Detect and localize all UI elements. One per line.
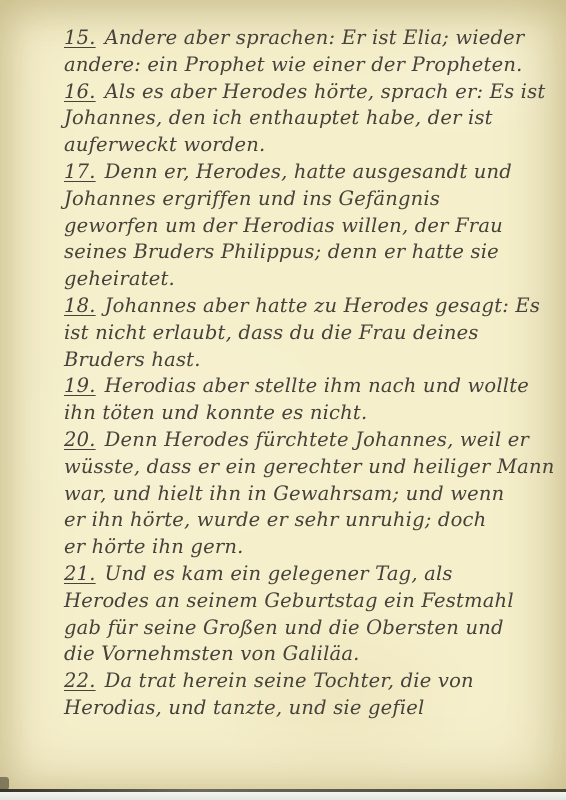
background-below-paper — [0, 792, 566, 800]
line-text: Herodias aber stellte ihm nach und wollt… — [105, 374, 529, 397]
line-text: die Vornehmsten von Galiläa. — [64, 642, 360, 665]
line-text: Denn Herodes fürchtete Johannes, weil er — [105, 428, 529, 451]
line-text: seines Bruders Philippus; denn er hatte … — [64, 240, 499, 263]
text-line: die Vornehmsten von Galiläa. — [64, 641, 544, 668]
text-line: 21.Und es kam ein gelegener Tag, als — [64, 561, 544, 588]
paper-sheet: 15.Andere aber sprachen: Er ist Elia; wi… — [0, 0, 566, 790]
text-line: Herodes an seinem Geburtstag ein Festmah… — [64, 588, 544, 615]
line-text: er hörte ihn gern. — [64, 535, 244, 558]
text-line: ihn töten und konnte es nicht. — [64, 400, 544, 427]
line-text: er ihn hörte, wurde er sehr unruhig; doc… — [64, 508, 486, 531]
line-text: Herodias, und tanzte, und sie gefiel — [64, 696, 424, 719]
line-text: Johannes ergriffen und ins Gefängnis — [64, 187, 440, 210]
line-text: geheiratet. — [64, 267, 175, 290]
line-text: Bruders hast. — [64, 348, 201, 371]
line-text: wüsste, dass er ein gerechter und heilig… — [64, 455, 554, 478]
text-line: war, und hielt ihn in Gewahrsam; und wen… — [64, 481, 544, 508]
line-text: war, und hielt ihn in Gewahrsam; und wen… — [64, 482, 504, 505]
text-line: gab für seine Großen und die Obersten un… — [64, 615, 544, 642]
photographed-page: 15.Andere aber sprachen: Er ist Elia; wi… — [0, 0, 566, 800]
text-line: 15.Andere aber sprachen: Er ist Elia; wi… — [64, 25, 544, 52]
text-line: auferweckt worden. — [64, 132, 544, 159]
text-line: geworfen um der Herodias willen, der Fra… — [64, 213, 544, 240]
line-text: Johannes, den ich enthauptet habe, der i… — [64, 106, 493, 129]
text-line: 22.Da trat herein seine Tochter, die von — [64, 668, 544, 695]
line-text: geworfen um der Herodias willen, der Fra… — [64, 214, 503, 237]
verse-number: 16. — [64, 80, 96, 103]
line-text: ist nicht erlaubt, dass du die Frau dein… — [64, 321, 479, 344]
text-line: 20.Denn Herodes fürchtete Johannes, weil… — [64, 427, 544, 454]
text-line: er ihn hörte, wurde er sehr unruhig; doc… — [64, 507, 544, 534]
text-line: andere: ein Prophet wie einer der Prophe… — [64, 52, 544, 79]
line-text: Und es kam ein gelegener Tag, als — [105, 562, 453, 585]
text-line: Johannes ergriffen und ins Gefängnis — [64, 186, 544, 213]
line-text: andere: ein Prophet wie einer der Prophe… — [64, 53, 522, 76]
line-text: Herodes an seinem Geburtstag ein Festmah… — [64, 589, 514, 612]
text-line: 16.Als es aber Herodes hörte, sprach er:… — [64, 79, 544, 106]
text-line: 18.Johannes aber hatte zu Herodes gesagt… — [64, 293, 544, 320]
line-text: Johannes aber hatte zu Herodes gesagt: E… — [105, 294, 540, 317]
text-line: Bruders hast. — [64, 347, 544, 374]
line-text: Denn er, Herodes, hatte ausgesandt und — [105, 160, 512, 183]
text-line: seines Bruders Philippus; denn er hatte … — [64, 239, 544, 266]
handwritten-text: 15.Andere aber sprachen: Er ist Elia; wi… — [64, 25, 544, 722]
text-line: er hörte ihn gern. — [64, 534, 544, 561]
line-text: auferweckt worden. — [64, 133, 265, 156]
line-text: Andere aber sprachen: Er ist Elia; wiede… — [105, 26, 525, 49]
text-line: wüsste, dass er ein gerechter und heilig… — [64, 454, 544, 481]
verse-number: 17. — [64, 160, 96, 183]
line-text: Als es aber Herodes hörte, sprach er: Es… — [105, 80, 546, 103]
verse-number: 22. — [64, 669, 96, 692]
line-text: ihn töten und konnte es nicht. — [64, 401, 367, 424]
verse-number: 21. — [64, 562, 96, 585]
verse-number: 20. — [64, 428, 96, 451]
text-line: geheiratet. — [64, 266, 544, 293]
verse-number: 18. — [64, 294, 96, 317]
line-text: gab für seine Großen und die Obersten un… — [64, 616, 504, 639]
line-text: Da trat herein seine Tochter, die von — [105, 669, 474, 692]
text-line: ist nicht erlaubt, dass du die Frau dein… — [64, 320, 544, 347]
verse-number: 15. — [64, 26, 96, 49]
verse-number: 19. — [64, 374, 96, 397]
text-line: 17.Denn er, Herodes, hatte ausgesandt un… — [64, 159, 544, 186]
text-line: Herodias, und tanzte, und sie gefiel — [64, 695, 544, 722]
text-line: 19.Herodias aber stellte ihm nach und wo… — [64, 373, 544, 400]
text-line: Johannes, den ich enthauptet habe, der i… — [64, 105, 544, 132]
